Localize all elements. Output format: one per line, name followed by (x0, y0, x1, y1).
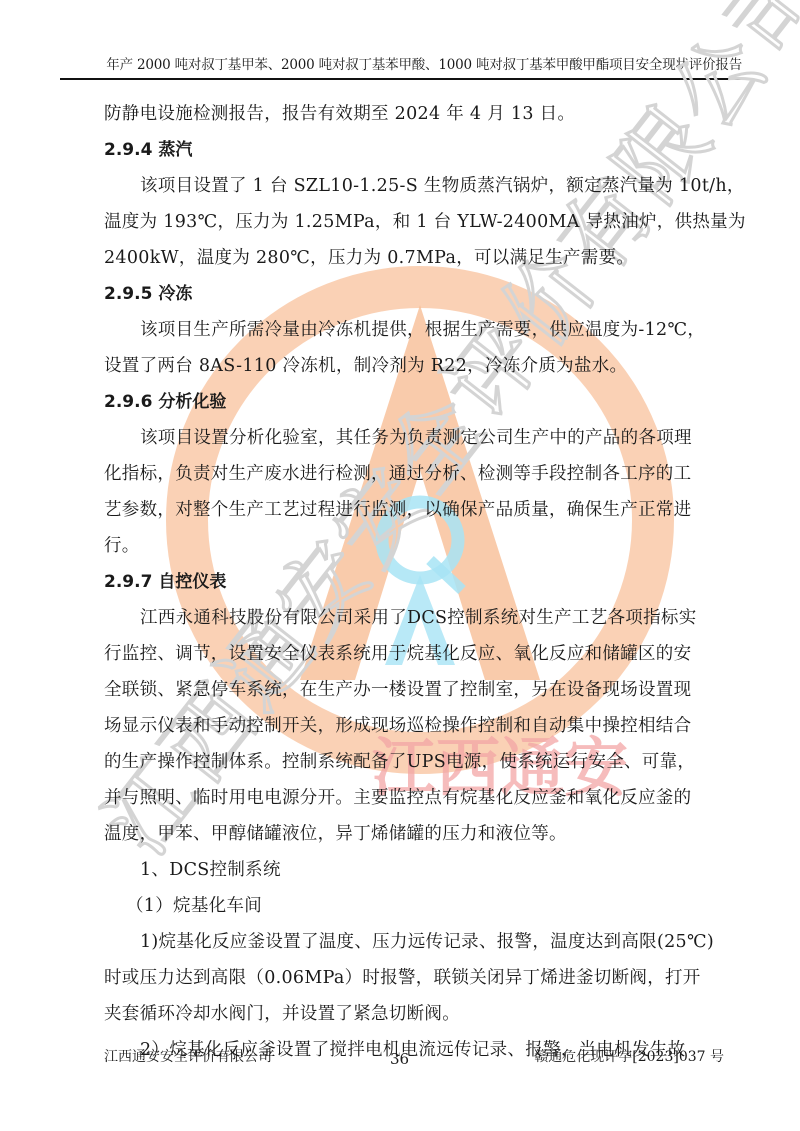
section-heading-refrigeration: 2.9.5 冷冻 (104, 276, 724, 312)
section-paragraph-refrigeration: 该项目生产所需冷量由冷冻机提供，根据生产需要，供应温度为-12℃， 设置了两台 … (104, 312, 724, 384)
section-heading-steam: 2.9.4 蒸汽 (104, 132, 724, 168)
section-paragraph-lab-analysis: 该项目设置分析化验室，其任务为负责测定公司生产中的产品的各项理 化指标，负责对生… (104, 420, 724, 564)
document-body: 防静电设施检测报告，报告有效期至 2024 年 4 月 13 日。 2.9.4 … (104, 96, 724, 1068)
subsection-alkylation-workshop: （1）烷基化车间 (104, 888, 724, 924)
page-number: 36 (390, 1048, 409, 1070)
section-paragraph-instrumentation: 江西永通科技股份有限公司采用了DCS控制系统对生产工艺各项指标实 行监控、调节，… (104, 600, 724, 852)
page-header: 年产 2000 吨对叔丁基甲苯、2000 吨对叔丁基苯甲酸、1000 吨对叔丁基… (60, 54, 742, 80)
header-title: 年产 2000 吨对叔丁基甲苯、2000 吨对叔丁基苯甲酸、1000 吨对叔丁基… (106, 57, 742, 73)
page-footer: 江西通安安全评价有限公司 36 赣通危化现评字[2023]037 号 (104, 1046, 724, 1068)
item-1-paragraph: 1)烷基化反应釜设置了温度、压力远传记录、报警，温度达到高限(25℃) 时或压力… (104, 924, 724, 1032)
footer-company: 江西通安安全评价有限公司 (104, 1046, 272, 1068)
section-paragraph-steam: 该项目设置了 1 台 SZL10-1.25-S 生物质蒸汽锅炉，额定蒸汽量为 1… (104, 168, 724, 276)
section-heading-instrumentation: 2.9.7 自控仪表 (104, 564, 724, 600)
intro-paragraph: 防静电设施检测报告，报告有效期至 2024 年 4 月 13 日。 (104, 96, 724, 132)
document-page: 年产 2000 吨对叔丁基甲苯、2000 吨对叔丁基苯甲酸、1000 吨对叔丁基… (0, 0, 800, 1131)
subsection-dcs: 1、DCS控制系统 (104, 852, 724, 888)
footer-doc-number: 赣通危化现评字[2023]037 号 (534, 1046, 724, 1068)
section-heading-lab-analysis: 2.9.6 分析化验 (104, 384, 724, 420)
